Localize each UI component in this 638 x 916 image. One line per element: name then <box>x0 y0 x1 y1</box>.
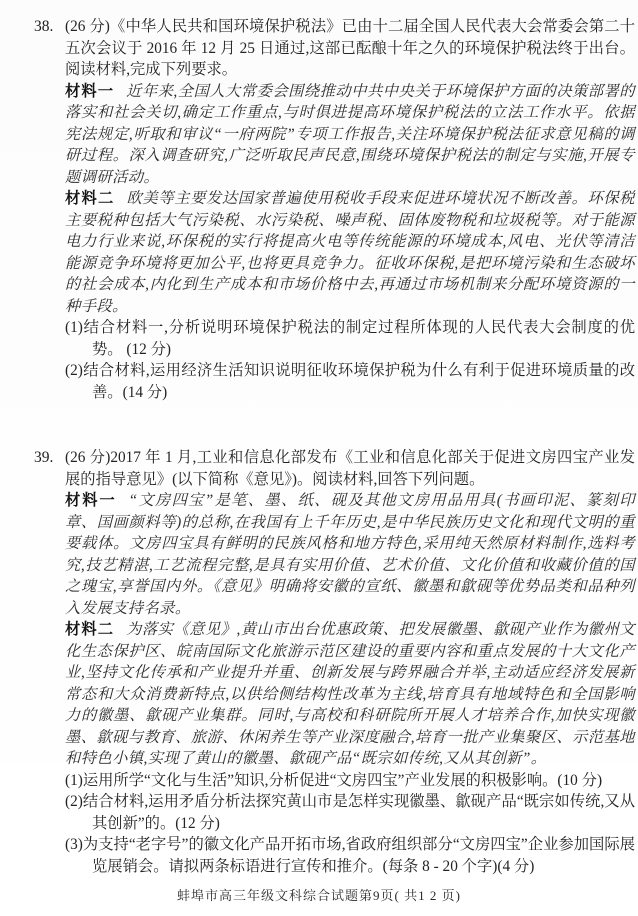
question-39-subquestion-2: (2)结合材料,运用矛盾分析法探究黄山市是怎样实现徽墨、歙砚产品“既宗如传统,又… <box>65 791 635 834</box>
question-39-number: 39. <box>34 447 65 469</box>
exam-page: 38. (26 分)《中华人民共和国环境保护税法》已由十二届全国人民代表大会常委… <box>0 16 638 877</box>
material-2-text: 为落实《意见》,黄山市出台优惠政策、把发展徽墨、歙砚产业作为徽州文化生态保护区、… <box>65 621 635 767</box>
question-39: 39. (26 分)2017 年 1 月,工业和信息化部发布《工业和信息化部关于… <box>34 447 635 877</box>
material-1-label: 材料一 <box>65 83 114 100</box>
question-39-material-1: 材料一“文房四宝”是笔、墨、纸、砚及其他文房用品用具(书画印泥、篆刻印章、国画颜… <box>65 490 635 619</box>
question-39-body: (26 分)2017 年 1 月,工业和信息化部发布《工业和信息化部关于促进文房… <box>65 447 635 877</box>
question-38-body: (26 分)《中华人民共和国环境保护税法》已由十二届全国人民代表大会常委会第二十… <box>65 16 635 403</box>
question-38-number: 38. <box>34 16 65 38</box>
question-38-intro: (26 分)《中华人民共和国环境保护税法》已由十二届全国人民代表大会常委会第二十… <box>65 16 635 81</box>
question-38-material-2: 材料二欧美等主要发达国家普遍使用税收手段来促进环境状况不断改善。环保税主要税种包… <box>65 188 635 317</box>
material-2-label: 材料二 <box>65 621 114 638</box>
material-1-text: 近年来,全国人大常委会围绕推动中共中央关于环境保护方面的决策部署的落实和社会关切… <box>65 83 635 186</box>
material-2-label: 材料二 <box>65 190 115 207</box>
material-2-text: 欧美等主要发达国家普遍使用税收手段来促进环境状况不断改善。环保税主要税种包括大气… <box>65 190 635 315</box>
question-38-subquestion-1: (1)结合材料一,分析说明环境保护税法的制定过程所体现的人民代表大会制度的优势。… <box>65 317 635 360</box>
question-39-subquestion-1: (1)运用所学“文化与生活”知识,分析促进“文房四宝”产业发展的积极影响。(10… <box>65 770 635 792</box>
question-38: 38. (26 分)《中华人民共和国环境保护税法》已由十二届全国人民代表大会常委… <box>34 16 635 403</box>
page-footer: 蚌埠市高三年级文科综合试题第9页( 共1 2 页) <box>0 885 638 904</box>
question-39-material-2: 材料二为落实《意见》,黄山市出台优惠政策、把发展徽墨、歙砚产业作为徽州文化生态保… <box>65 619 635 770</box>
material-1-label: 材料一 <box>65 492 117 509</box>
question-39-subquestion-3: (3)为支持“老字号”的徽文化产品开拓市场,省政府组织部分“文房四宝”企业参加国… <box>65 834 635 877</box>
question-39-intro: (26 分)2017 年 1 月,工业和信息化部发布《工业和信息化部关于促进文房… <box>65 447 635 490</box>
material-1-text: “文房四宝”是笔、墨、纸、砚及其他文房用品用具(书画印泥、篆刻印章、国画颜料等)… <box>65 492 635 617</box>
question-38-material-1: 材料一近年来,全国人大常委会围绕推动中共中央关于环境保护方面的决策部署的落实和社… <box>65 81 635 189</box>
question-38-subquestion-2: (2)结合材料,运用经济生活知识说明征收环境保护税为什么有利于促进环境质量的改善… <box>65 360 635 403</box>
